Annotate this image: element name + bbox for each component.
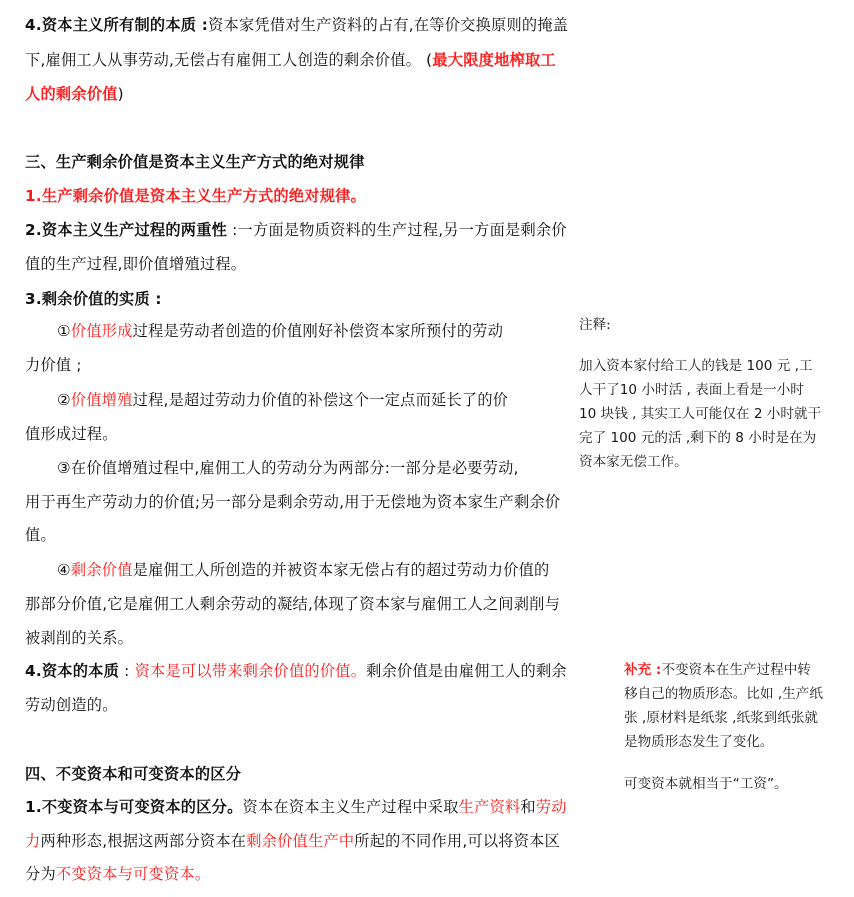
point-1-line1: ①价值形成过程是劳动者创造的价值刚好补偿资本家所预付的劳动	[25, 321, 503, 341]
note-label: 注释:	[579, 316, 611, 334]
supplement-label: 补充 :	[624, 662, 661, 678]
duality-label: 2.资本主义生产过程的两重性	[25, 221, 227, 239]
capital-essence-emphasis: 资本是可以带来剩余价值的价值。	[135, 662, 367, 680]
supplement-line1: 补充 :不变资本在生产过程中转	[624, 661, 811, 679]
section3-item2-line1: 2.资本主义生产过程的两重性 :一方面是物质资料的生产过程,另一方面是剩余价	[25, 220, 567, 240]
ownership-essence-line3: 人的剩余价值)	[25, 84, 124, 104]
supplement-line: 是物质形态发生了变化。	[624, 733, 774, 751]
ownership-emphasis: 最大限度地榨取工	[432, 51, 556, 69]
section3-item3-label: 3.剩余价值的实质 :	[25, 289, 162, 309]
note-line: 资本家无偿工作。	[579, 453, 688, 471]
ownership-essence-line1: 4.资本主义所有制的本质 :资本家凭借对生产资料的占有,在等价交换原则的掩盖	[25, 15, 568, 35]
ownership-essence-label: 4.资本主义所有制的本质 :	[25, 16, 208, 34]
point-4-line3: 被剥削的关系。	[25, 628, 133, 648]
point-3-line2: 用于再生产劳动力的价值;另一部分是剩余劳动,用于无偿地为资本家生产剩余价	[25, 492, 560, 512]
supplement-extra: 可变资本就相当于“工资”。	[624, 775, 788, 793]
supplement-line: 移自己的物质形态。比如 ,生产纸	[624, 685, 823, 703]
section3-heading: 三、生产剩余价值是资本主义生产方式的绝对规律	[25, 152, 365, 172]
capital-essence-line2: 劳动创造的。	[25, 695, 118, 715]
section4-item1-line1: 1.不变资本与可变资本的区分。资本在资本主义生产过程中采取生产资料和劳动	[25, 797, 567, 817]
point-4-line2: 那部分价值,它是雇佣工人剩余劳动的凝结,体现了资本家与雇佣工人之间剥削与	[25, 594, 560, 614]
section3-item1: 1.生产剩余价值是资本主义生产方式的绝对规律。	[25, 186, 366, 206]
note-line: 加入资本家付给工人的钱是 100 元 ,工	[579, 357, 813, 375]
section4-heading: 四、不变资本和可变资本的区分	[25, 764, 241, 784]
section3-item2-line2: 值的生产过程,即价值增殖过程。	[25, 254, 246, 274]
ownership-essence-line2: 下,雇佣工人从事劳动,无偿占有雇佣工人创造的剩余价值。 (最大限度地榨取工	[25, 50, 556, 70]
note-line: 人干了10 小时活 , 表面上看是一小时	[579, 381, 804, 399]
point-2-line2: 值形成过程。	[25, 424, 118, 444]
section4-item1-line2: 力两种形态,根据这两部分资本在剩余价值生产中所起的不同作用,可以将资本区	[25, 831, 560, 851]
capital-essence-line1: 4.资本的本质 : 资本是可以带来剩余价值的价值。剩余价值是由雇佣工人的剩余	[25, 661, 567, 681]
note-line: 完了 100 元的活 ,剩下的 8 小时是在为	[579, 429, 816, 447]
point-4-line1: ④剩余价值是雇佣工人所创造的并被资本家无偿占有的超过劳动力价值的	[25, 560, 549, 580]
term-surplus-value: 剩余价值	[71, 561, 133, 579]
section4-item1-label: 1.不变资本与可变资本的区分。	[25, 798, 243, 816]
supplement-line: 张 ,原材料是纸浆 ,纸浆到纸张就	[624, 709, 818, 727]
term-value-increment: 价值增殖	[71, 391, 133, 409]
point-1-line2: 力价值 ;	[25, 355, 82, 375]
point-2-line1: ②价值增殖过程,是超过劳动力价值的补偿这个一定点而延长了的价	[25, 390, 508, 410]
capital-essence-label: 4.资本的本质	[25, 662, 119, 680]
point-3-line1: ③在价值增殖过程中,雇佣工人的劳动分为两部分:一部分是必要劳动,	[25, 458, 519, 478]
note-line: 10 块钱 , 其实工人可能仅在 2 小时就干	[579, 405, 821, 423]
point-3-line3: 值。	[25, 525, 56, 545]
term-value-formation: 价值形成	[71, 322, 133, 340]
section4-item1-line3: 分为不变资本与可变资本。	[25, 864, 210, 884]
